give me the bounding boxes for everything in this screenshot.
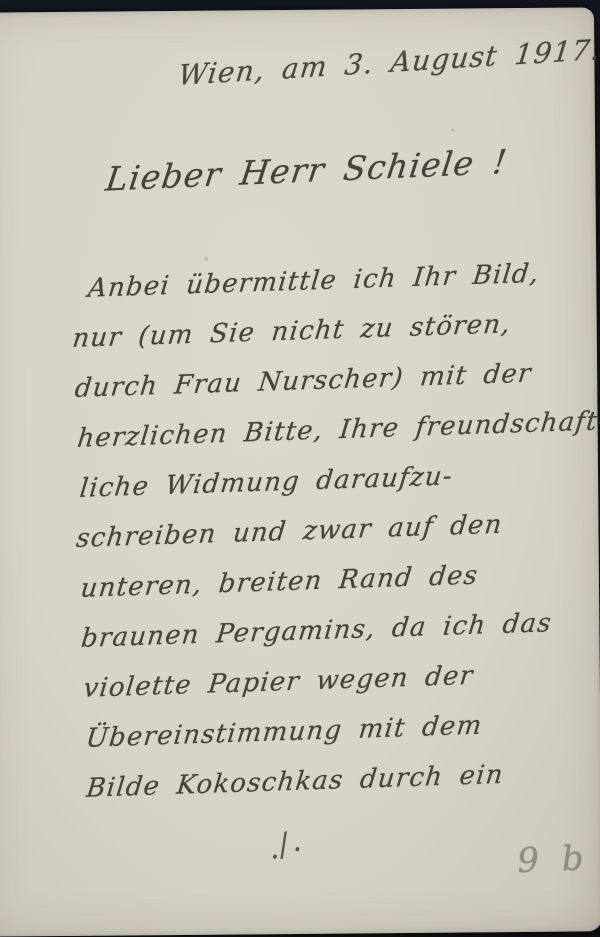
letter-body-line: Anbei übermittle ich Ihr Bild, (87, 259, 541, 304)
paper-fleck (451, 129, 454, 132)
pencil-foliation: 9 b (517, 838, 591, 881)
letter-body-line: nur (um Sie nicht zu stören, (71, 309, 512, 354)
letter-salutation: Lieber Herr Schiele ! (104, 142, 511, 199)
letter-dateline: Wien, am 3. August 1917. (177, 33, 600, 92)
letter-body-line: unteren, breiten Rand des (79, 561, 480, 604)
continuation-mark: ./. (262, 823, 306, 867)
letter-body-line: schreiben und zwar auf den (75, 510, 504, 554)
letter-body-line: herzlichen Bitte, Ihre freundschaft- (76, 406, 600, 454)
letter-scan: Wien, am 3. August 1917. Lieber Herr Sch… (0, 0, 600, 937)
letter-body-line: durch Frau Nurscher) mit der (73, 359, 533, 404)
letter-body-line: liche Widmung daraufzu- (78, 461, 454, 503)
paper-fleck (204, 257, 208, 261)
letter-paper: Wien, am 3. August 1917. Lieber Herr Sch… (0, 7, 600, 936)
letter-body-line: violette Papier wegen der (82, 661, 475, 704)
letter-body-line: Bilde Kokoschkas durch ein (85, 760, 505, 804)
letter-body-line: Übereinstimmung mit dem (84, 711, 484, 754)
letter-body-line: braunen Pergamins, da ich das (80, 608, 554, 654)
